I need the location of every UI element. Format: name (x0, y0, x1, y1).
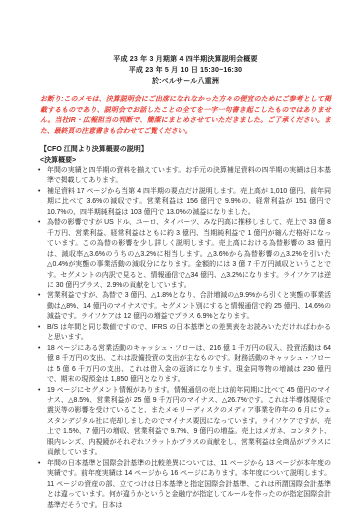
disclaimer-paragraph: お断り:このメモは、決算説明会にご出席になれなかった方々の便宜のためにご参考とし… (40, 95, 331, 137)
document-venue: 於:ベルサール八重洲 (40, 76, 331, 87)
bullet-item: 18 ページにある営業活動のキャッシュ・フローは、216 億 1 千万円の収入、… (40, 344, 331, 386)
bullet-list: 年間の実績と四半期の資料を揃えています。お手元の決算補足資料の四半期の実績は日本… (40, 166, 331, 511)
section-heading-cfo: 【CFO 江間より決算概要の説明】 (40, 145, 331, 156)
bullet-item: 為替の影響ですが US ドル、ユーロ、タイバーツ、みな円高に推移しまして、売上で… (40, 218, 331, 291)
bullet-item: 年間の日本基準と国際会計基準の比較差異については、11 ページから 13 ページ… (40, 459, 331, 511)
bullet-item: 補足資料 17 ページから当第 4 四半期の要点だけ説明します。売上高が 1,0… (40, 187, 331, 218)
document-page: 平成 23 年 3 月期第 4 四半期決算説明会概要 平成 23 年 5 月 1… (0, 0, 362, 512)
subsection-heading-kessan-gaiyo: <決算概要> (40, 156, 331, 167)
bullet-item: 年間の実績と四半期の資料を揃えています。お手元の決算補足資料の四半期の実績は日本… (40, 166, 331, 187)
document-header: 平成 23 年 3 月期第 4 四半期決算説明会概要 平成 23 年 5 月 1… (40, 54, 331, 87)
bullet-item: 営業利益ですが、為替で 3 億円、△1.8%となり、合計増減の△9.9%から引く… (40, 291, 331, 322)
document-datetime: 平成 23 年 5 月 10 日 15:30~16:30 (40, 65, 331, 76)
bullet-item: 19 ページにセグメント情報があります。情報通信の売上は前年同期に比べて 45 … (40, 386, 331, 459)
bullet-item: B/S は年間と同じ数値ですので、IFRS の日本基準との差異表をお読みいただけ… (40, 323, 331, 344)
document-title: 平成 23 年 3 月期第 4 四半期決算説明会概要 (40, 54, 331, 65)
